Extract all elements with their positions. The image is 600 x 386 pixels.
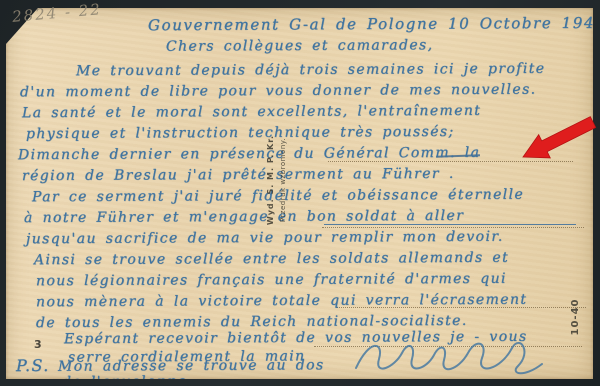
letter-line: d'un moment de libre pour vous donner de…	[20, 82, 537, 101]
postscript-line: de l'enveloppe.	[62, 374, 193, 386]
letter-line: Me trouvant depuis déjà trois semaines i…	[76, 61, 546, 79]
signature	[346, 326, 556, 384]
postscript-label: P.S.	[16, 356, 50, 375]
letter-line: région de Breslau j'ai prêté serment au …	[22, 166, 455, 184]
letter-line: La santé et le moral sont excellents, l'…	[22, 103, 481, 121]
letter-line: Dimanche dernier en présence du Général …	[18, 145, 480, 163]
postcard-paper: Gouvernement G-al de Pologne 10 Octobre …	[6, 8, 593, 379]
letter-line: physique et l'instruction technique très…	[26, 124, 455, 142]
print-code: 10-40	[570, 297, 582, 337]
publisher-stamp-line1: Wyd. S. M. P. Kr.	[265, 115, 277, 245]
letter-salutation: Chers collègues et camarades,	[166, 37, 434, 54]
letter-header: Gouvernement G-al de Pologne 10 Octobre …	[148, 14, 600, 34]
postscript-line: Mon adresse se trouve au dos	[58, 357, 325, 374]
publisher-stamp: Wyd. S. M. P. Kr. Przedruk wzbroniony.	[265, 115, 291, 245]
printed-dotted-line	[322, 227, 584, 228]
letter-line: à notre Führer et m'engage en bon soldat…	[24, 208, 464, 226]
letter-line: nous légionnaires français une fraternit…	[36, 271, 507, 289]
scanned-postcard-image: Gouvernement G-al de Pologne 10 Octobre …	[0, 0, 600, 386]
page-number: 3	[34, 338, 42, 351]
red-arrow-icon	[520, 116, 600, 168]
letter-line: Ainsi se trouve scellée entre les soldat…	[34, 250, 509, 268]
publisher-stamp-line2: Przedruk wzbroniony.	[277, 115, 289, 245]
letter-line: nous mènera à la victoire totale qui ver…	[36, 292, 527, 311]
